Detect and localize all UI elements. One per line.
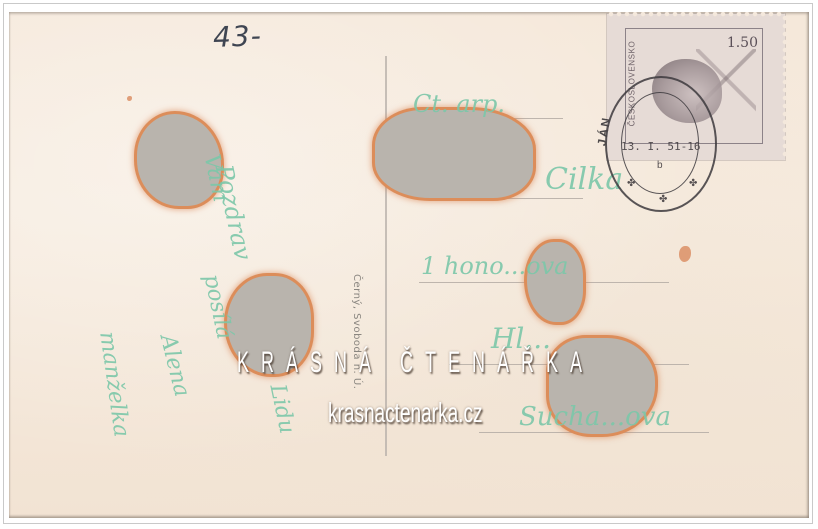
address-line [413,198,583,199]
postmark-circle: JÁN 13. I. 51-16 b ✤ ✤ ✤ [605,76,717,212]
postmark-code: b [657,160,663,171]
handwriting-line: manželka [94,330,134,439]
watermark-title: KRÁSNÁ ČTENÁŘKA [237,346,594,380]
pencil-price-note: 43- [212,19,262,54]
handwriting-line: Lidu [265,382,300,436]
glue-stain [375,110,533,198]
postmark-town: JÁN [595,115,614,147]
rust-spot [127,96,132,101]
postmark-star-icon: ✤ [689,178,697,189]
postmark-star-icon: ✤ [659,194,667,205]
address-handwriting: Sucha...ova [519,402,671,432]
rust-spot [679,246,691,262]
watermark-url: krasnactenarka.cz [328,397,483,429]
address-handwriting: 1 hono...ova [421,252,569,280]
handwriting-line: Alena [155,332,195,399]
postmark-date: 13. I. 51-16 [621,140,700,153]
postcard-back: 43- Černý, Svoboda n. Ú. Pozdrav Vám pos… [9,12,809,518]
address-handwriting: Ct. arp. [413,90,505,118]
center-divider-line [385,56,387,456]
postmark-star-icon: ✤ [627,178,635,189]
